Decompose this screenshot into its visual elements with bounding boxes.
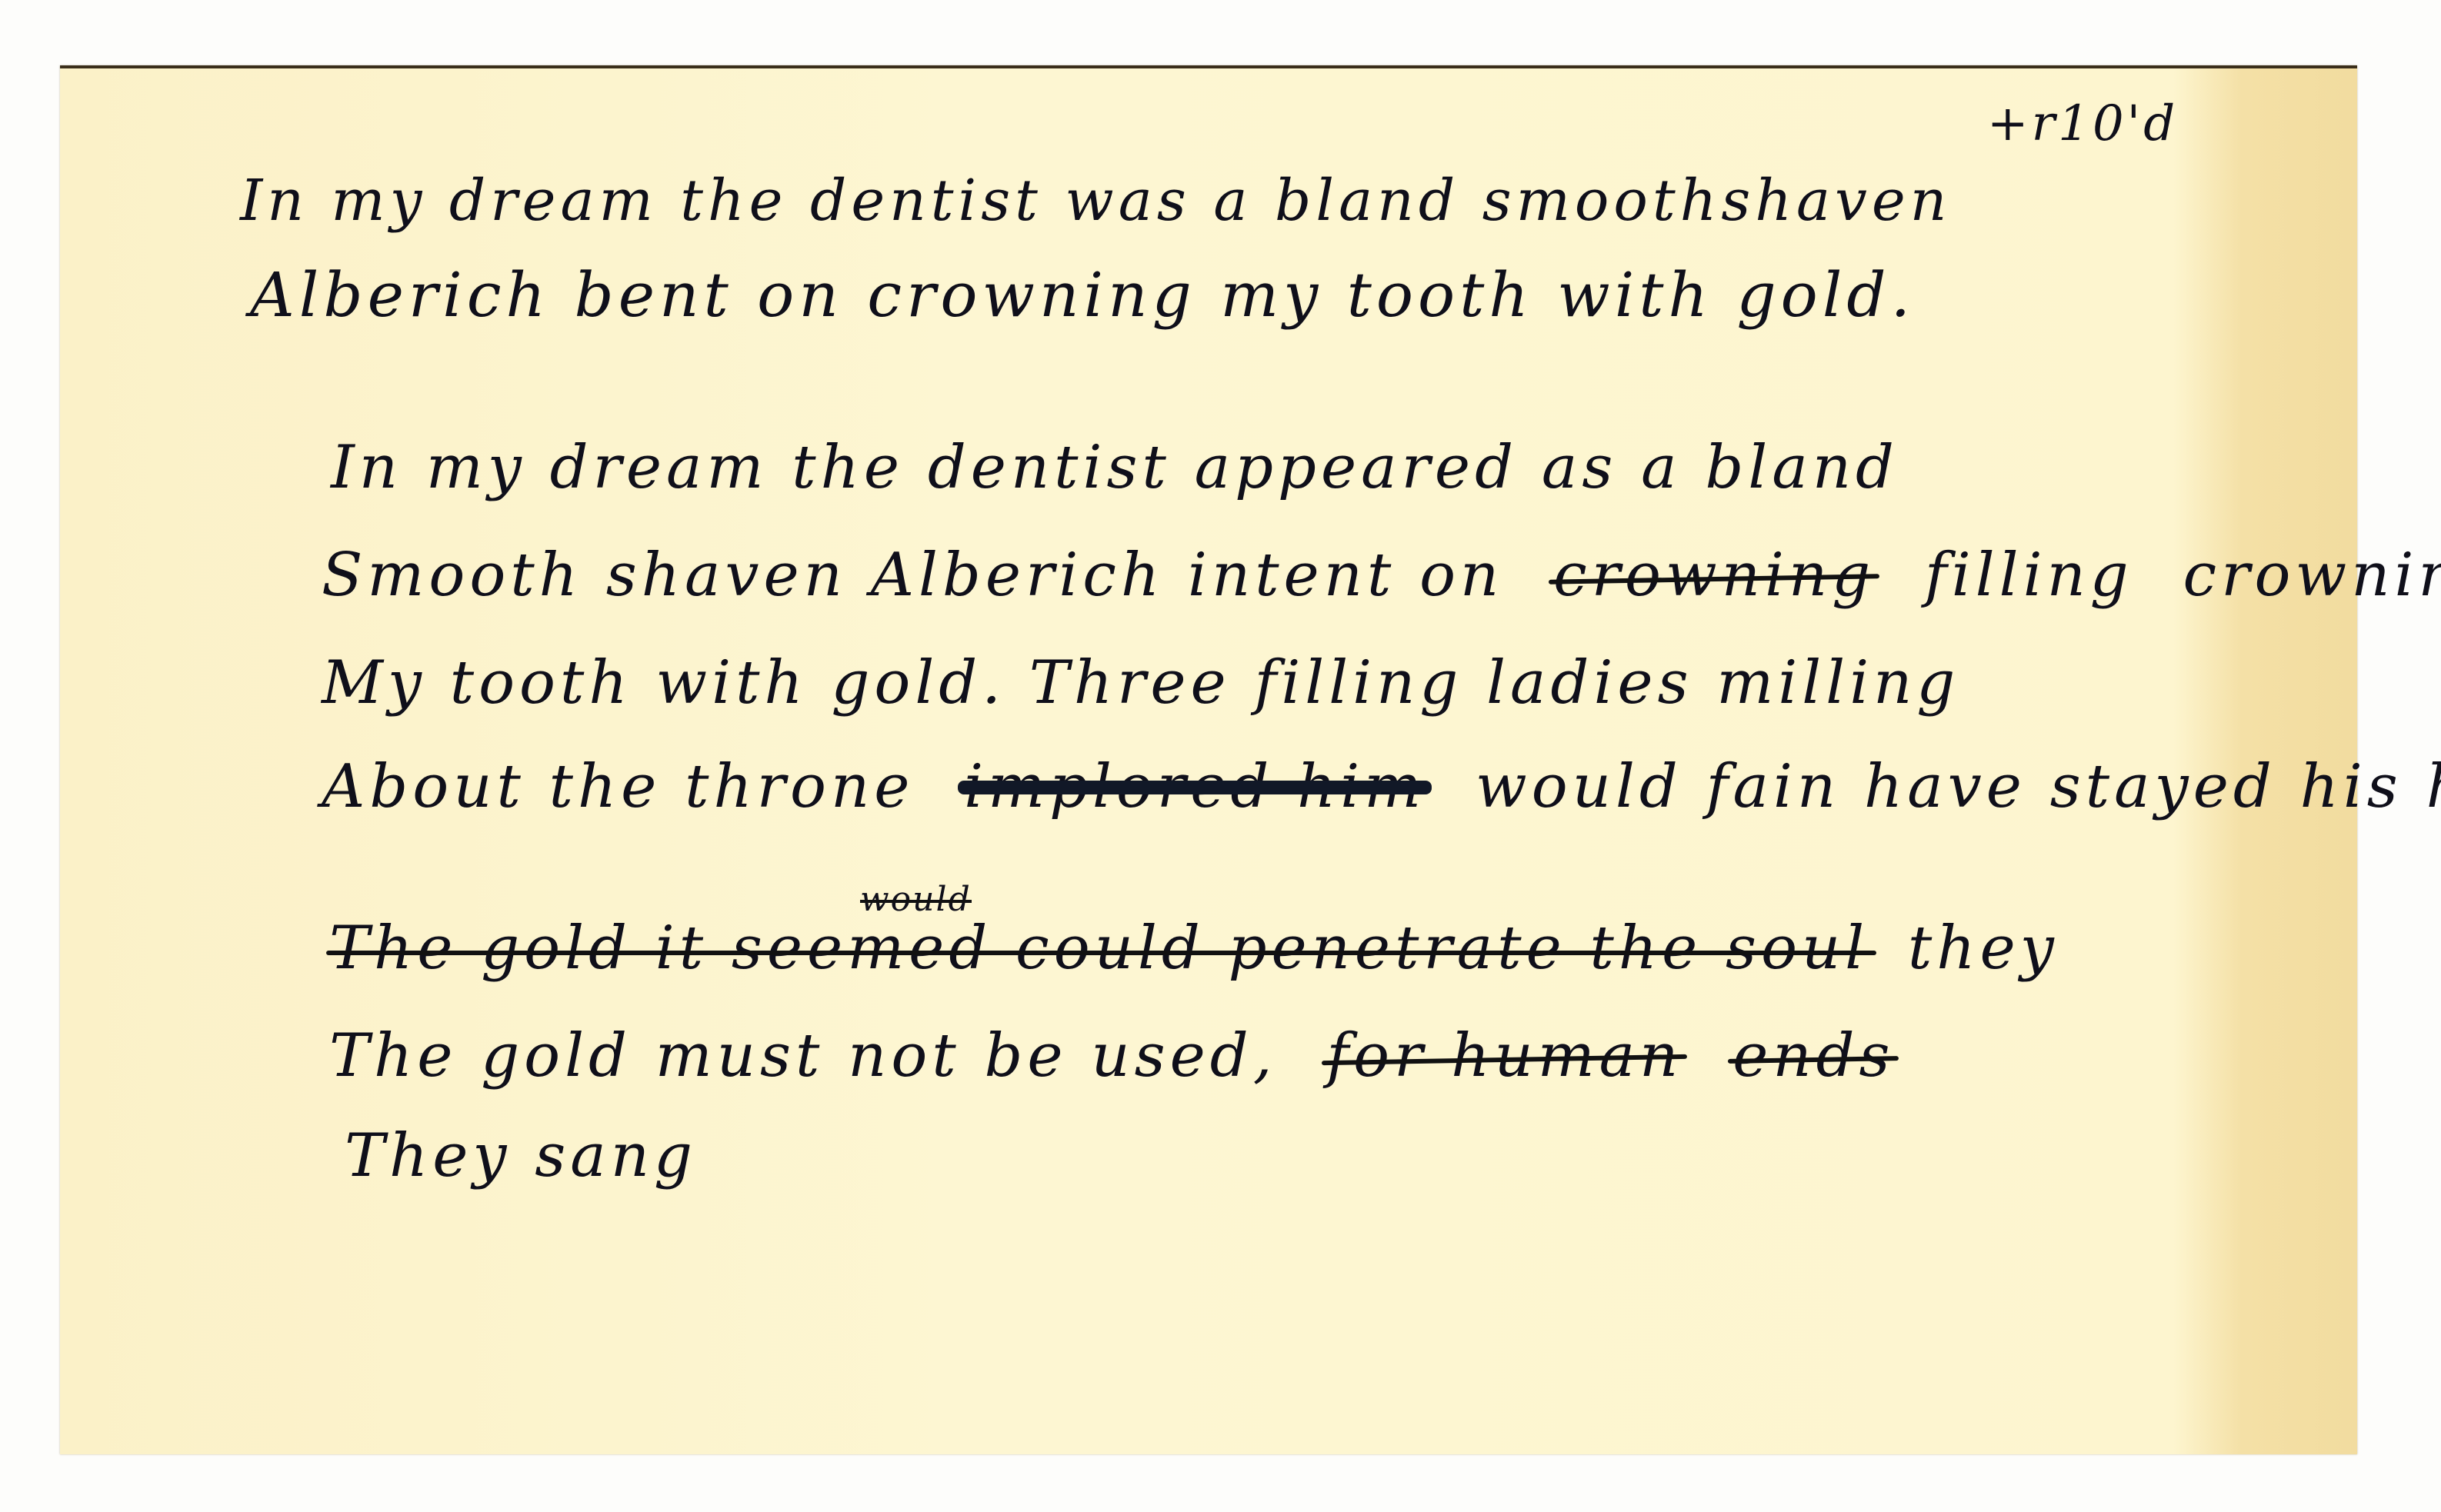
trailing-word-they: they: [1908, 918, 2059, 978]
corner-note: +r10'd: [1987, 99, 2178, 148]
draft3-line2-text: The gold must not be used,: [329, 1026, 1277, 1086]
inserted-word-would: would: [860, 883, 972, 917]
struck-word-ends: ends: [1732, 1026, 1894, 1086]
draft3-line2: The gold must not be used, for human end…: [329, 1026, 1921, 1086]
draft1-line1: In my dream the dentist was a bland smoo…: [240, 172, 1951, 229]
draft3-line1: The gold it seemed could penetrate the s…: [329, 918, 2085, 978]
struck-words-for-human: for human: [1326, 1026, 1682, 1086]
draft2-line4-end: would fain have stayed his hand.: [1476, 757, 2441, 817]
index-card: +r10'd In my dream the dentist was a bla…: [60, 65, 2357, 1454]
draft1-line2: Alberich bent on crowning my tooth with …: [250, 265, 1915, 326]
struck-line-gold-soul: The gold it seemed could penetrate the s…: [329, 918, 1869, 978]
scribbled-words-implored-him: implored him: [964, 757, 1426, 817]
draft2-line4: About the throne implored him would fain…: [322, 757, 2441, 817]
draft2-line1: In my dream the dentist appeared as a bl…: [331, 438, 1899, 498]
draft2-line2-text: Smooth shaven Alberich intent on: [322, 545, 1503, 605]
draft2-line2: Smooth shaven Alberich intent on crownin…: [322, 545, 2441, 605]
draft3-line3: They sang: [345, 1126, 697, 1186]
draft2-line4-text: About the throne: [322, 757, 914, 817]
inserted-word-filling: filling: [1925, 545, 2133, 605]
inserted-word-crowning: crowning: [2183, 545, 2441, 605]
draft2-line3: My tooth with gold. Three filling ladies…: [322, 653, 1959, 713]
struck-word-crowning: crowning: [1553, 545, 1875, 605]
